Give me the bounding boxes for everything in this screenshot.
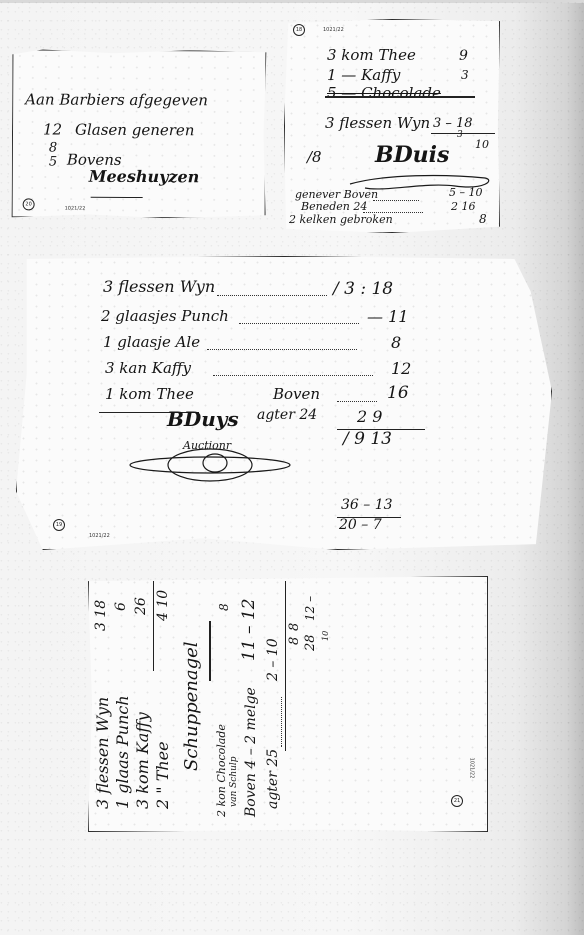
archive-reference: 1021/22	[323, 27, 344, 33]
leader-dots	[337, 401, 377, 402]
rotated-content: 3 flessen Wyn 3 18 1 glaas Punch 6 3 kom…	[89, 577, 487, 831]
line-amount: 26	[133, 597, 149, 615]
struck-line: 5 — Chocolade	[327, 84, 441, 102]
leader-dots	[239, 323, 359, 324]
signature: Schuppenagel	[181, 641, 202, 771]
receipt-slip-folio-20: Aan Barbiers afgegeven 12 Glasen generen…	[12, 49, 267, 218]
folio-number: 21	[451, 795, 463, 807]
chocolade-sub: van Schulp	[229, 756, 239, 807]
line-text: 3 flessen Wyn	[103, 277, 215, 296]
signature: BDuys	[167, 407, 239, 431]
line-text: 3 kom Kaffy	[133, 712, 152, 809]
line-text: 1 kom Thee	[105, 385, 194, 403]
receipt-slip-folio-19: 3 flessen Wyn / 3 : 18 2 glaasjes Punch …	[16, 256, 552, 550]
tally-value: 10	[321, 631, 330, 641]
folio-number: 20	[23, 198, 35, 210]
footer-line-text: Beneden 24	[301, 200, 367, 213]
line-amount: 3 – 18	[433, 116, 473, 131]
line-qty: 5	[49, 155, 57, 170]
margin-note: /8	[307, 148, 322, 166]
footer-line-amount: 5 – 10	[449, 186, 483, 199]
line-note: 3	[457, 130, 463, 140]
slip-heading: Aan Barbiers afgegeven	[25, 90, 208, 109]
agter-amount: 2 – 10	[265, 638, 281, 681]
line-amount: 10	[475, 138, 489, 151]
line-text: 3 kan Kaffy	[105, 359, 191, 377]
footer-line-amount: 2 16	[451, 200, 476, 213]
line-amount: 9	[459, 48, 468, 64]
line-amount: / 3 : 18	[333, 279, 393, 299]
leader-dots	[281, 697, 282, 747]
total-bottom: 20 – 7	[339, 517, 382, 533]
leader-dots	[213, 375, 373, 376]
signature: Meeshuyzen	[89, 167, 200, 187]
line-text: 2 " Thee	[153, 741, 172, 809]
line-amount: 12	[391, 359, 411, 378]
archive-reference: 1021/22	[89, 533, 110, 539]
boven-line: Boven 4 – 2 melge	[243, 687, 259, 817]
signature-underline	[91, 197, 143, 198]
tally-value: 8	[287, 637, 302, 645]
line-amount: 3	[461, 68, 469, 82]
line-text: 3 flessen Wyn	[93, 697, 112, 809]
sum-rule	[431, 133, 495, 134]
line-text: 3 kom Thee	[327, 46, 416, 64]
line-qty: 8	[49, 141, 57, 156]
strike-through	[325, 96, 475, 98]
line-amount: 16	[387, 383, 409, 403]
archive-reference: 1021/22	[468, 758, 474, 779]
signature-flourish	[125, 445, 295, 485]
receipt-slip-folio-18: 18 1021/22 3 kom Thee 9 1 — Kaffy 3 5 — …	[284, 19, 500, 233]
leader-dots	[217, 295, 327, 296]
boven-label: Boven	[273, 385, 320, 403]
boven-amount: 11 – 12	[239, 598, 259, 661]
agter-line: agter 25	[265, 749, 281, 809]
sum-rule	[153, 581, 154, 671]
subtotal: / 9 13	[343, 429, 392, 449]
agter-amount: 2 9	[357, 407, 382, 426]
line-amount: — 11	[367, 307, 408, 326]
receipt-slip-folio-21: 3 flessen Wyn 3 18 1 glaas Punch 6 3 kom…	[88, 576, 488, 832]
line-amount: 8	[391, 333, 401, 352]
tally-value: 8	[287, 623, 302, 631]
footer-line-amount: 8	[479, 212, 487, 226]
leader-dots	[207, 349, 357, 350]
folio-number: 18	[293, 24, 305, 36]
line-amount: 6	[113, 602, 129, 611]
scan-top-edge	[0, 0, 584, 3]
line-amount: 4 10	[155, 590, 171, 621]
chocolade-amount: 8	[217, 603, 231, 611]
line-text: 1 glaas Punch	[113, 695, 132, 809]
line-text: 1 glaasje Ale	[103, 333, 200, 351]
folio-number: 19	[53, 519, 65, 531]
agter-label: agter 24	[257, 407, 317, 423]
signature-rule	[209, 621, 211, 681]
line-amount: 3 18	[93, 600, 109, 631]
archive-reference: 1021/22	[65, 206, 86, 212]
line-text: Glasen generen	[75, 121, 195, 140]
line-text: 3 flessen Wyn	[325, 114, 430, 132]
leader-dots	[373, 200, 419, 201]
tally-value: 12 –	[303, 596, 317, 621]
line-text: 2 glaasjes Punch	[101, 307, 229, 325]
tally-value: 28	[303, 634, 318, 651]
tally-rule	[285, 581, 286, 751]
line-text: 1 — Kaffy	[327, 66, 400, 84]
total-top: 36 – 13	[341, 497, 393, 513]
footer-line-text: 2 kelken gebroken	[289, 213, 393, 226]
line-qty: 12	[43, 120, 62, 138]
signature: BDuis	[375, 142, 449, 168]
chocolade-line: 2 kon Chocolade	[215, 724, 228, 817]
